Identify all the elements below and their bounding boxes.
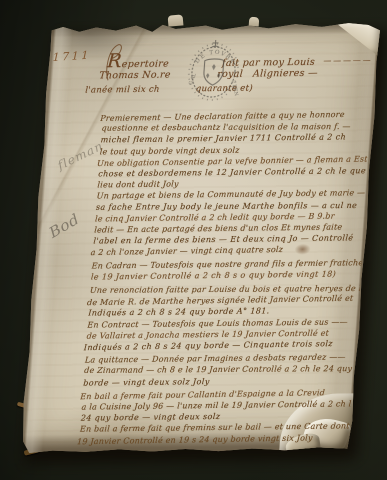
folded-corner-top-right — [331, 21, 382, 58]
svg-text:DE TOVRS: DE TOVRS — [194, 49, 236, 66]
manuscript-line: questionne et desbauchantz l'acquisition… — [101, 121, 372, 134]
manuscript-line: borde — vingt deux solz Joly — [83, 374, 354, 389]
year-annotation: 1711 — [53, 50, 91, 63]
manuscript-page: 1711 Repertoire fait par moy Louis －－－－－… — [19, 21, 382, 454]
torn-paper-tab — [168, 14, 184, 26]
torn-paper-tab — [249, 17, 260, 27]
manuscript-line: sa fache Entre Juy body le jeune Marthe … — [95, 199, 366, 212]
manuscript-text-block: Premierement — Une declaration faitte a … — [79, 109, 373, 447]
pencil-note: Bod — [46, 210, 82, 242]
stamp-text-right: 2 DEN — [230, 80, 239, 97]
archive-photograph: 1711 Repertoire fait par moy Louis －－－－－… — [0, 0, 387, 480]
stamp-text-top: DE TOVRS — [194, 49, 236, 66]
generalite-tax-stamp-icon: DE TOVRS G.AL 2 DEN — [182, 37, 245, 104]
manuscript-line: le 19 Janvier Controllé a 2 ch 8 s o quy… — [90, 268, 361, 283]
